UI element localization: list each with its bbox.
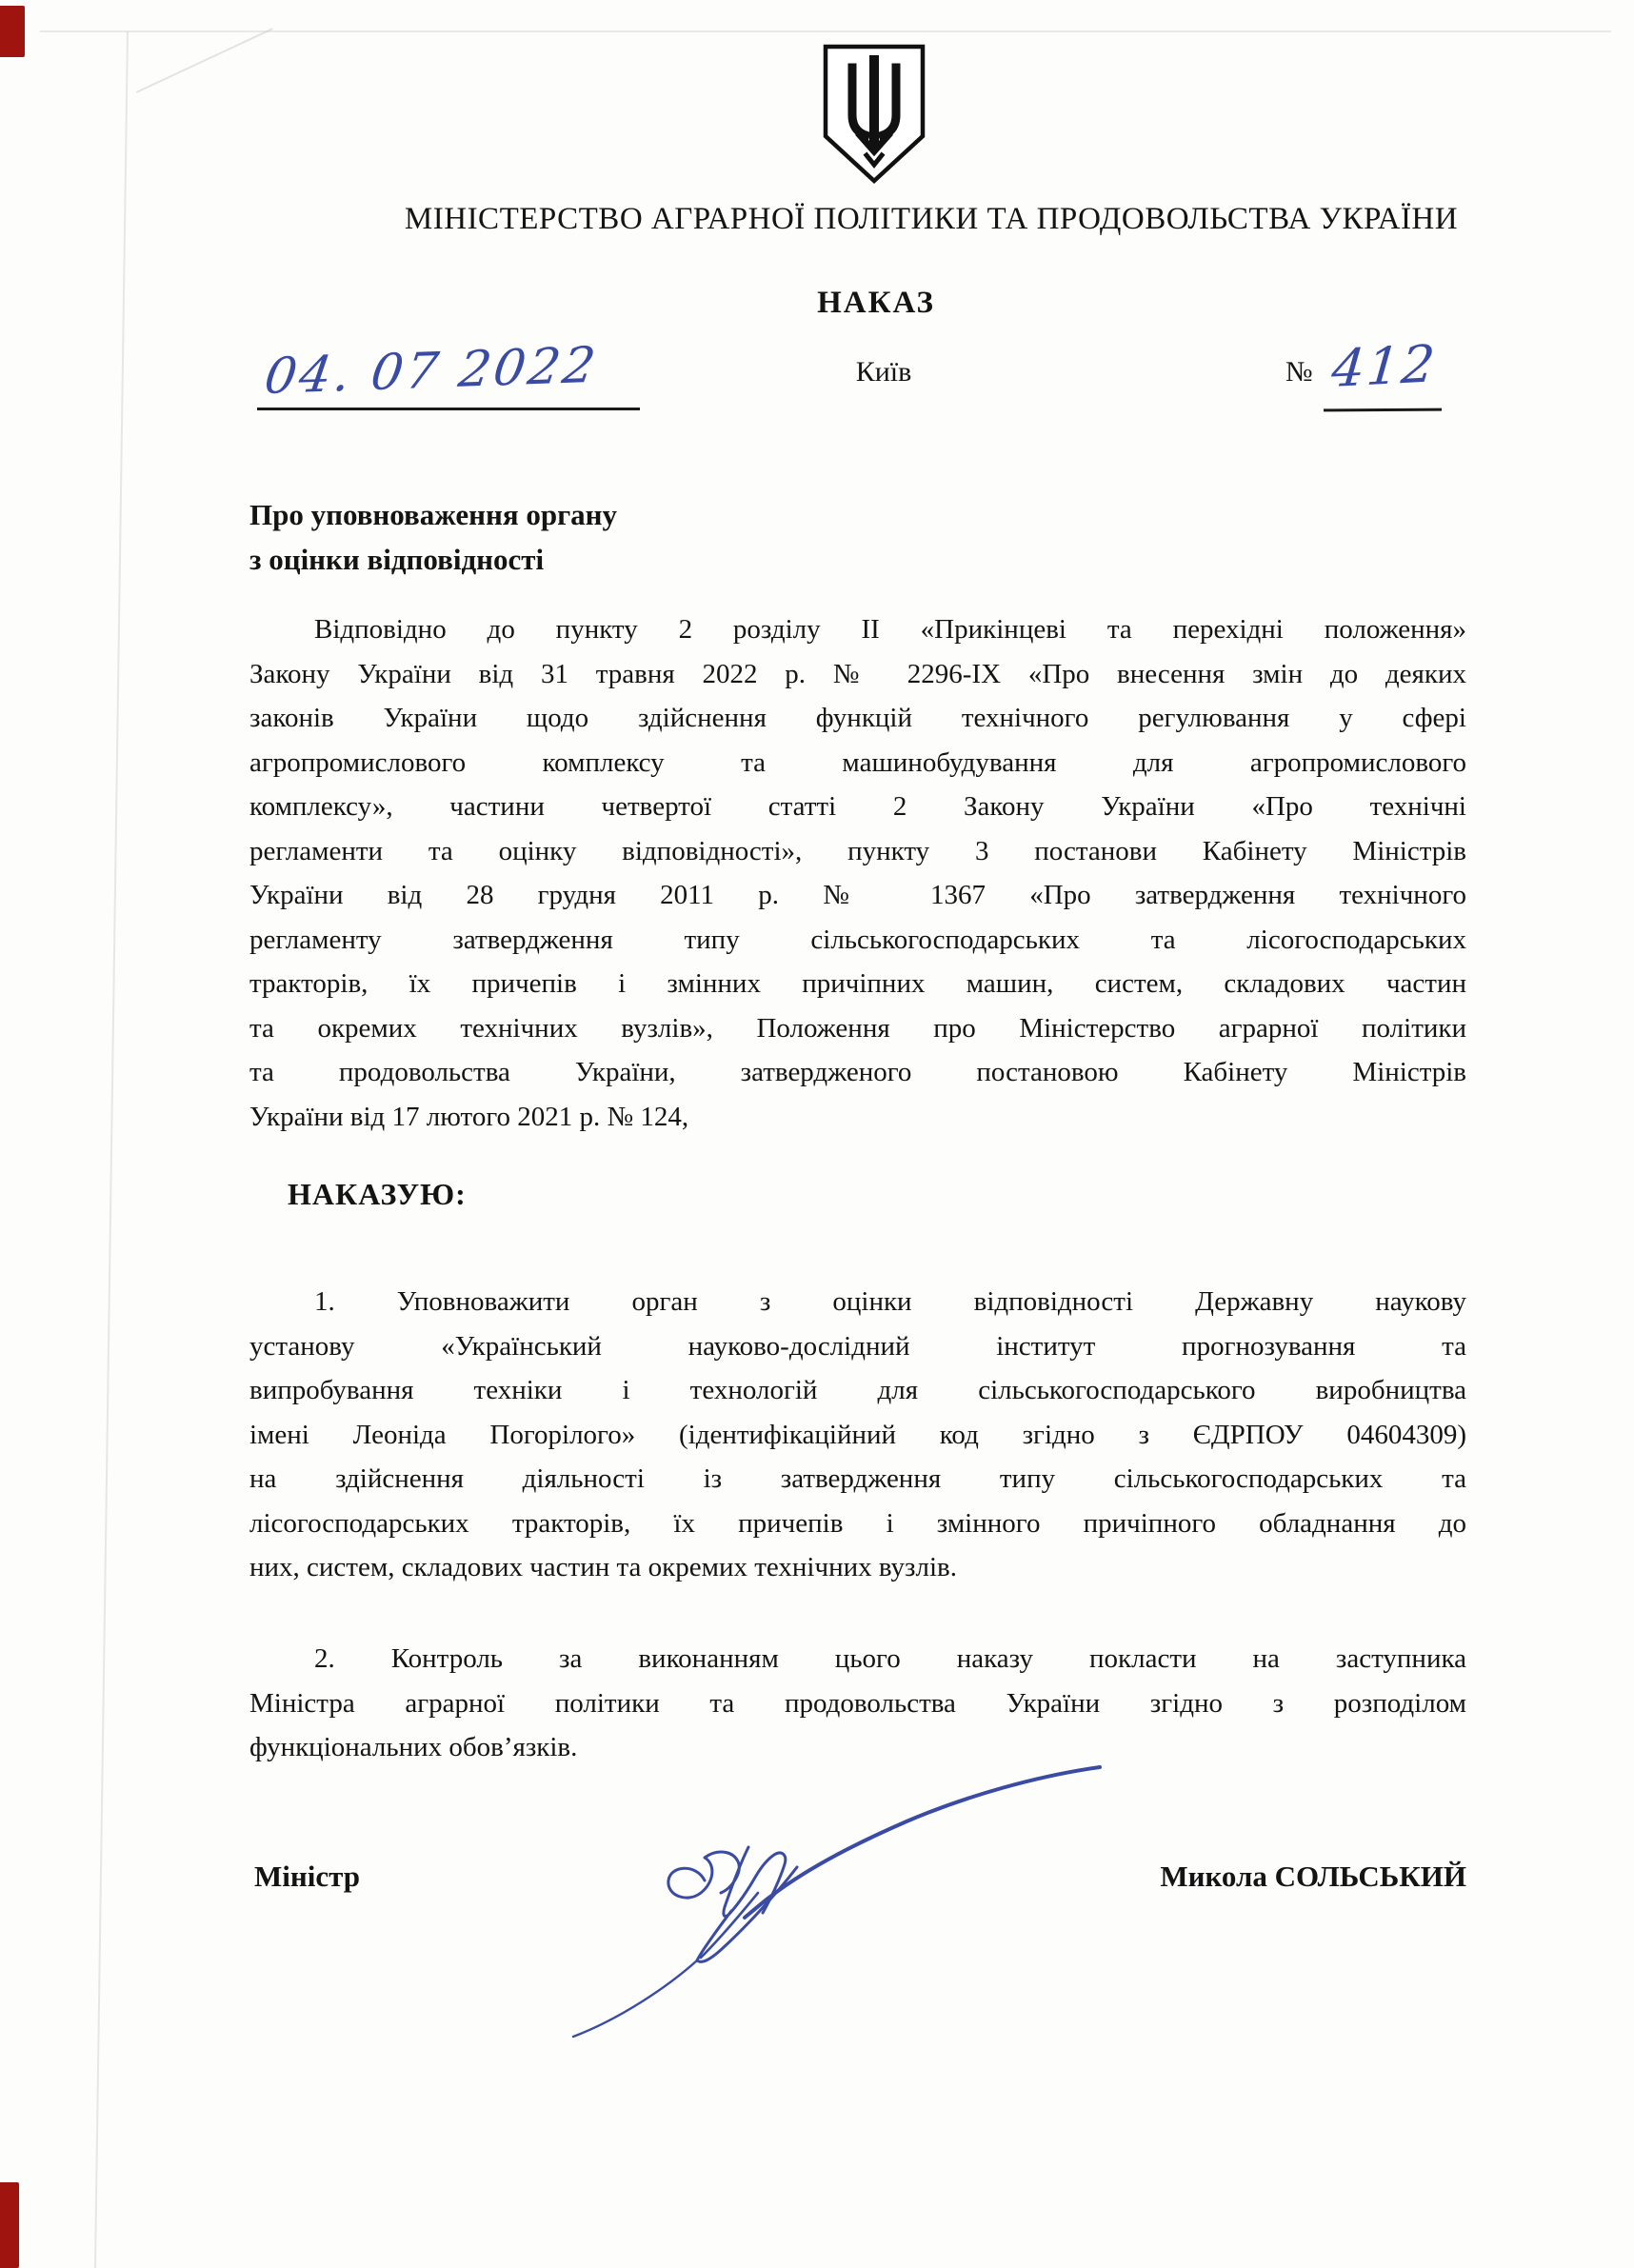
handwritten-date: 04. 07 2022 — [261, 337, 602, 406]
paragraph-line: та окремих технічних вузлів», Положення … — [249, 1006, 1466, 1051]
paragraph-line: імені Леоніда Погорілого» (ідентифікацій… — [249, 1413, 1466, 1458]
paragraph-line: них, систем, складових частин та окремих… — [249, 1545, 1466, 1590]
order-keyword: НАКАЗУЮ: — [288, 1177, 467, 1212]
subject-line: з оцінки відповідності — [249, 538, 916, 583]
scan-fold-line — [94, 31, 129, 2268]
signer-position-label: Міністр — [254, 1860, 360, 1894]
paragraph-line: установу «Український науково-дослідний … — [249, 1324, 1466, 1369]
number-sign: № — [1285, 356, 1313, 388]
document-type-heading: НАКАЗ — [817, 286, 935, 321]
ministry-title-text: МІНІСТЕРСТВО АГРАРНОЇ ПОЛІТИКИ ТА ПРОДОВ… — [405, 202, 1458, 237]
preamble-paragraph: Відповідно до пункту 2 розділу ІІ «Прикі… — [249, 607, 1466, 1139]
paragraph-line: агропромислового комплексу та машинобуду… — [249, 741, 1466, 786]
paragraph-line: України від 17 лютого 2021 р. № 124, — [249, 1095, 1466, 1140]
scanned-order-document: МІНІСТЕРСТВО АГРАРНОЇ ПОЛІТИКИ ТА ПРОДОВ… — [0, 0, 1634, 2268]
paragraph-line: 1. Уповноважити орган з оцінки відповідн… — [249, 1280, 1466, 1324]
paragraph-line: регламенту затвердження типу сільськогос… — [249, 918, 1466, 963]
paragraph-line: регламенти та оцінку відповідності», пун… — [249, 829, 1466, 874]
paragraph-line: України від 28 грудня 2011 р. № 1367 «Пр… — [249, 873, 1466, 918]
city-label: Київ — [856, 356, 912, 388]
subject-block: Про уповноваження органу з оцінки відпов… — [249, 493, 916, 582]
paragraph-line: лісогосподарських тракторів, їх причепів… — [249, 1502, 1466, 1546]
paragraph-line: 2. Контроль за виконанням цього наказу п… — [249, 1637, 1466, 1681]
handwritten-number: 412 — [1329, 333, 1439, 399]
paragraph-line: та продовольства України, затвердженого … — [249, 1050, 1466, 1095]
order-item-2: 2. Контроль за виконанням цього наказу п… — [249, 1637, 1466, 1770]
paragraph-line: Відповідно до пункту 2 розділу ІІ «Прикі… — [249, 607, 1466, 652]
number-underline — [1324, 408, 1442, 411]
paragraph-line: на здійснення діяльності із затвердження… — [249, 1457, 1466, 1502]
order-item-1: 1. Уповноважити орган з оцінки відповідн… — [249, 1280, 1466, 1590]
paragraph-line: законів України щодо здійснення функцій … — [249, 696, 1466, 741]
handwritten-signature — [562, 1760, 1114, 2045]
paragraph-line: комплексу», частини четвертої статті 2 З… — [249, 785, 1466, 829]
paragraph-line: тракторів, їх причепів і змінних причіпн… — [249, 962, 1466, 1006]
signer-name: Микола СОЛЬСЬКИЙ — [1160, 1860, 1466, 1894]
scan-corner-line — [136, 28, 273, 92]
scan-red-mark-top — [0, 6, 25, 57]
paragraph-line: Міністра аграрної політики та продовольс… — [249, 1681, 1466, 1726]
subject-line: Про уповноваження органу — [249, 493, 916, 538]
ukraine-trident-icon — [821, 43, 927, 186]
paragraph-line: Закону України від 31 травня 2022 р. № 2… — [249, 652, 1466, 697]
scan-top-edge-line — [40, 30, 1611, 32]
ministry-title: МІНІСТЕРСТВО АГРАРНОЇ ПОЛІТИКИ ТА ПРОДОВ… — [0, 202, 1634, 237]
scan-red-mark-bottom — [0, 2182, 19, 2268]
paragraph-line: випробування техніки і технологій для сі… — [249, 1368, 1466, 1413]
date-underline — [257, 408, 640, 410]
